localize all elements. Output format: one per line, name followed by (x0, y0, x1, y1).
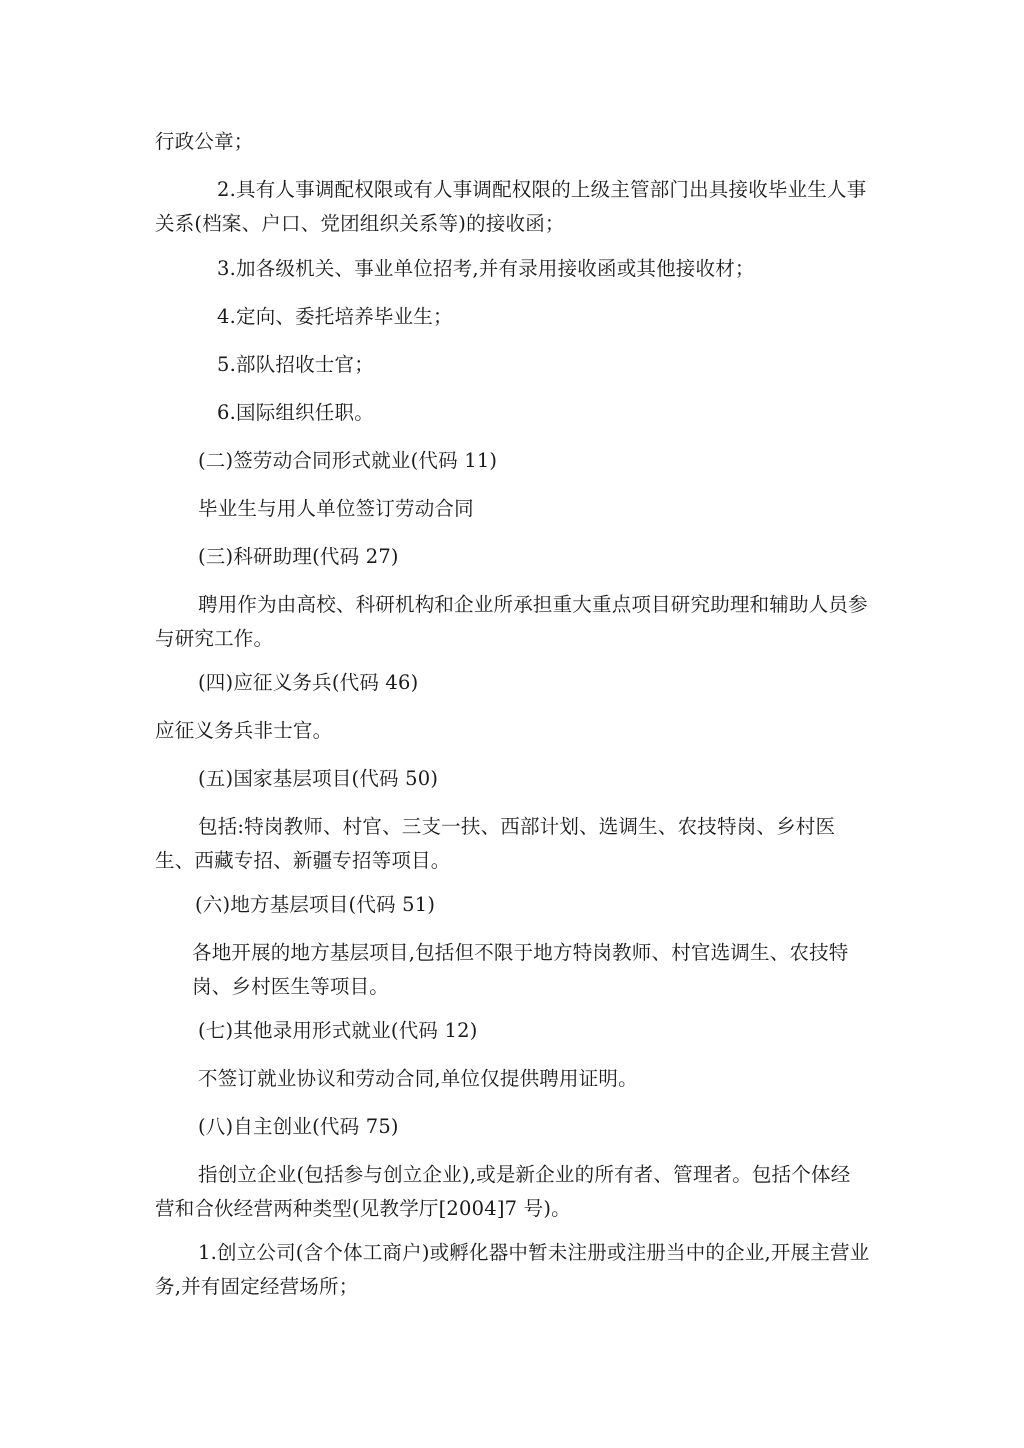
paragraph-item-5: 5.部队招收士官； (217, 348, 877, 382)
document-page: 行政公章； 2.具有人事调配权限或有人事调配权限的上级主管部门出具接收毕业生人事… (0, 0, 1024, 1448)
paragraph-research-assistant: 聘用作为由高校、科研机构和企业所承担重大重点项目研究助理和辅助人员参与研究工作。 (155, 588, 870, 656)
paragraph-entrepreneurship: 指创立企业(包括参与创立企业),或是新企业的所有者、管理者。包括个体经营和合伙经… (155, 1158, 870, 1226)
paragraph-labor-contract: 毕业生与用人单位签订劳动合同 (198, 492, 913, 526)
paragraph-item-6: 6.国际组织任职。 (217, 396, 877, 430)
section-heading-8: (八)自主创业(代码 75) (198, 1110, 913, 1144)
paragraph-conscript: 应征义务兵非士官。 (155, 714, 870, 748)
paragraph-item-2: 2.具有人事调配权限或有人事调配权限的上级主管部门出具接收毕业生人事关系(档案、… (155, 173, 870, 241)
section-heading-3: (三)科研助理(代码 27) (198, 540, 913, 574)
paragraph-item-4: 4.定向、委托培养毕业生； (217, 300, 877, 334)
paragraph-item-3: 3.加各级机关、事业单位招考,并有录用接收函或其他接收材； (217, 252, 877, 286)
section-heading-5: (五)国家基层项目(代码 50) (198, 762, 913, 796)
section-heading-6: (六)地方基层项目(代码 51) (195, 888, 910, 922)
section-heading-7: (七)其他录用形式就业(代码 12) (198, 1014, 913, 1048)
section-heading-2: (二)签劳动合同形式就业(代码 11) (198, 444, 913, 478)
paragraph-startup-item-1: 1.创立公司(含个体工商户)或孵化器中暂未注册或注册当中的企业,开展主营业务,并… (155, 1236, 870, 1304)
paragraph-local-projects: 各地开展的地方基层项目,包括但不限于地方特岗教师、村官选调生、农技特岗、乡村医生… (192, 936, 872, 1004)
paragraph-national-projects: 包括:特岗教师、村官、三支一扶、西部计划、选调生、农技特岗、乡村医生、西藏专招、… (155, 810, 870, 878)
paragraph-other-employment: 不签订就业协议和劳动合同,单位仅提供聘用证明。 (198, 1062, 913, 1096)
paragraph-official-seal: 行政公章； (155, 125, 870, 159)
section-heading-4: (四)应征义务兵(代码 46) (198, 666, 913, 700)
